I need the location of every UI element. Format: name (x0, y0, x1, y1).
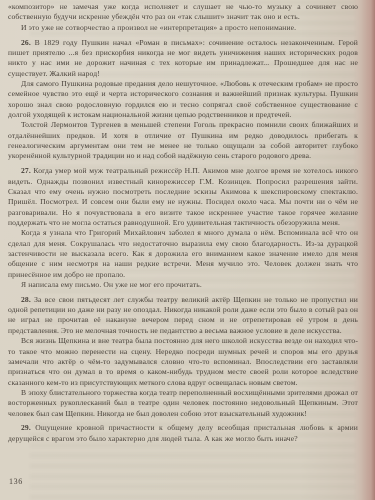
page-paragraph: Для самого Пушкина родовые предания дело… (8, 79, 358, 120)
text-block: «композитор» не замечая уже когда исполн… (8, 2, 358, 444)
paragraph-text: Когда я узнала что Григорий Михайлович з… (8, 228, 358, 278)
paragraph-number: 26. (21, 38, 31, 47)
page-paragraph: Я написала ему письмо. Он уже не мог его… (8, 280, 358, 290)
page-paragraph: 27. Когда умер мой муж театральный режис… (8, 166, 358, 228)
paragraph-text: Ощущение кровной причастности к общему д… (8, 423, 358, 442)
page-paragraph: 29. Ощущение кровной причастности к обще… (8, 423, 358, 444)
page-paragraph: Толстой Лермонтов Тургенев в меньшей сте… (8, 120, 358, 161)
page-paragraph: «композитор» не замечая уже когда исполн… (8, 2, 358, 23)
paragraph-text: Вся жизнь Щепкина и вне театра была пост… (8, 336, 358, 386)
paragraph-number: 28. (21, 295, 31, 304)
paragraph-text: Толстой Лермонтов Тургенев в меньшей сте… (8, 120, 358, 160)
paragraph-text: В эпоху блистательного торжества когда т… (8, 388, 358, 418)
page-paragraph: И это уже не сотворчество а произвол не … (8, 23, 358, 33)
paragraph-text: В 1829 году Пушкин начал «Роман в письма… (8, 38, 358, 78)
page-paragraph: В эпоху блистательного торжества когда т… (8, 388, 358, 419)
paragraph-text: Когда умер мой муж театральный режиссёр … (8, 166, 358, 227)
paragraph-text: Я написала ему письмо. Он уже не мог его… (21, 280, 202, 289)
page-number: 136 (9, 477, 23, 486)
page-paragraph: Когда я узнала что Григорий Михайлович з… (8, 228, 358, 280)
page-edge-shadow (361, 0, 375, 500)
paragraph-number: 27. (21, 166, 31, 175)
paragraph-number: 29. (21, 423, 31, 432)
paragraph-text: «композитор» не замечая уже когда исполн… (8, 2, 358, 21)
book-page: «композитор» не замечая уже когда исполн… (0, 0, 375, 500)
page-paragraph: 28. За все свои пятьдесят лет службы теа… (8, 295, 358, 336)
page-paragraph: Вся жизнь Щепкина и вне театра была пост… (8, 336, 358, 388)
paragraph-text: Для самого Пушкина родовые предания дело… (8, 79, 358, 119)
paragraph-text: И это уже не сотворчество а произвол не … (21, 23, 296, 32)
paragraph-text: За все свои пятьдесят лет службы театру … (8, 295, 358, 335)
page-paragraph: 26. В 1829 году Пушкин начал «Роман в пи… (8, 38, 358, 79)
